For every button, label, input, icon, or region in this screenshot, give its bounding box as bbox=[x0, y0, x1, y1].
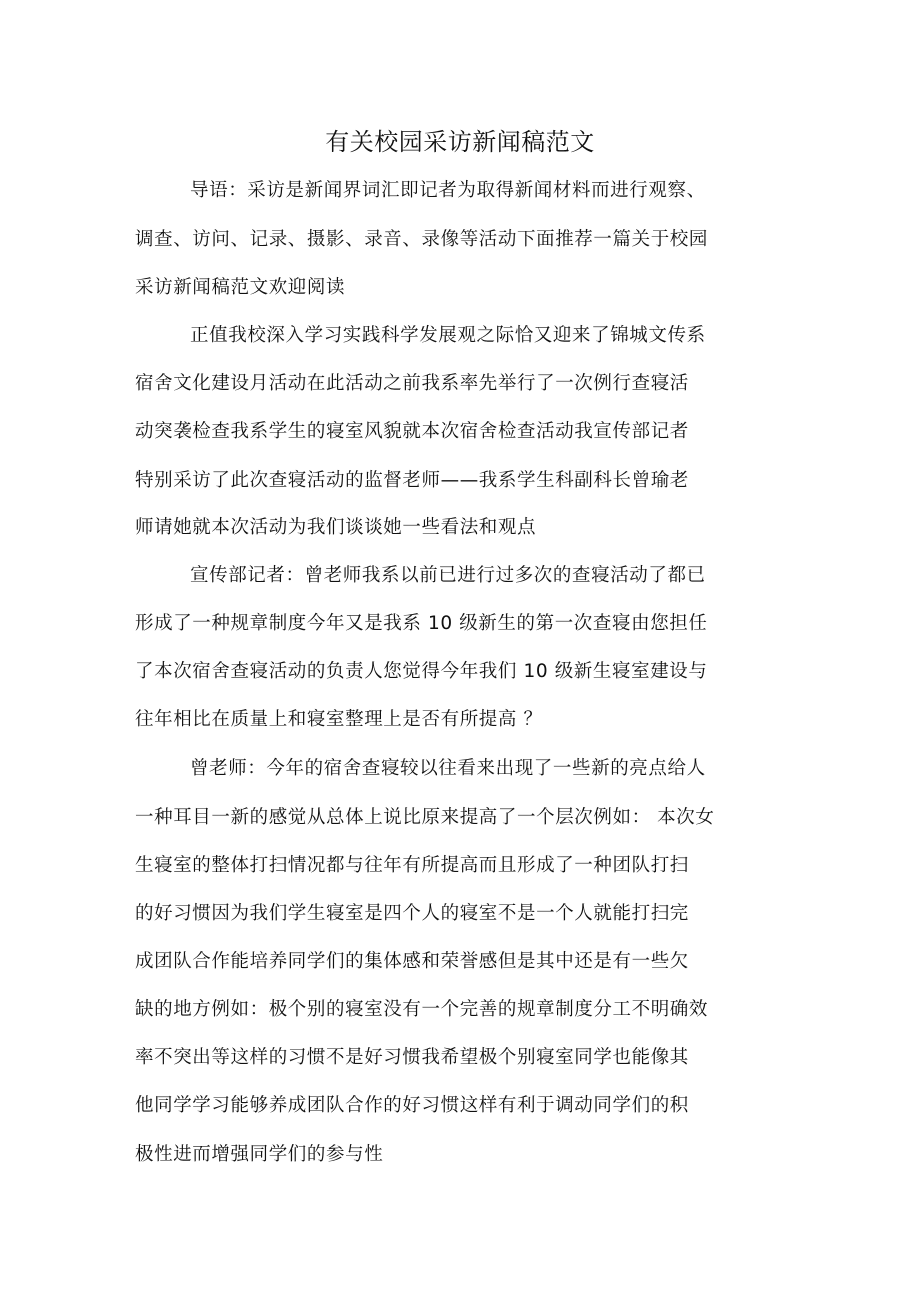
text-line: 形成了一种规章制度今年又是我系 10 级新生的第一次查寝由您担任 bbox=[135, 611, 708, 637]
text-line: 成团队合作能培养同学们的集体感和荣誉感但是其中还是有一些欠 bbox=[135, 949, 689, 975]
text-line: 采访新闻稿范文欢迎阅读 bbox=[135, 275, 345, 301]
text-line: 特别采访了此次查寝活动的监督老师——我系学生科副科长曾瑜老 bbox=[135, 468, 689, 494]
text-line: 宣传部记者：曾老师我系以前已进行过多次的查寝活动了都已 bbox=[190, 563, 706, 589]
text-line: 生寝室的整体打扫情况都与往年有所提高而且形成了一种团队打扫 bbox=[135, 853, 689, 879]
text-line: 师请她就本次活动为我们谈谈她一些看法和观点 bbox=[135, 515, 536, 541]
text-line: 极性进而增强同学们的参与性 bbox=[135, 1142, 383, 1168]
document-title: 有关校园采访新闻稿范文 bbox=[0, 124, 920, 160]
text-line: 了本次宿舍查寝活动的负责人您觉得今年我们 10 级新生寝室建设与 bbox=[135, 659, 708, 685]
text-line: 他同学学习能够养成团队合作的好习惯这样有利于调动同学们的积 bbox=[135, 1093, 689, 1119]
document-page: 有关校园采访新闻稿范文 导语：采访是新闻界词汇即记者为取得新闻材料而进行观察、 … bbox=[0, 0, 920, 1303]
text-line: 宿舍文化建设月活动在此活动之前我系率先举行了一次例行查寝活 bbox=[135, 371, 689, 397]
text-line: 一种耳目一新的感觉从总体上说比原来提高了一个层次例如： 本次女 bbox=[135, 805, 714, 831]
text-line: 曾老师：今年的宿舍查寝较以往看来出现了一些新的亮点给人 bbox=[190, 756, 706, 782]
text-line: 导语：采访是新闻界词汇即记者为取得新闻材料而进行观察、 bbox=[190, 178, 706, 204]
text-line: 往年相比在质量上和寝室整理上是否有所提高 ？ bbox=[135, 707, 543, 733]
text-line: 率不突出等这样的习惯不是好习惯我希望极个别寝室同学也能像其 bbox=[135, 1045, 689, 1071]
text-line: 缺的地方例如：极个别的寝室没有一个完善的规章制度分工不明确效 bbox=[135, 997, 708, 1023]
text-line: 调查、访问、记录、摄影、录音、录像等活动下面推荐一篇关于校园 bbox=[135, 227, 708, 253]
text-line: 正值我校深入学习实践科学发展观之际恰又迎来了锦城文传系 bbox=[190, 323, 706, 349]
text-line: 动突袭检查我系学生的寝室风貌就本次宿舍检查活动我宣传部记者 bbox=[135, 419, 689, 445]
text-line: 的好习惯因为我们学生寝室是四个人的寝室不是一个人就能打扫完 bbox=[135, 901, 689, 927]
